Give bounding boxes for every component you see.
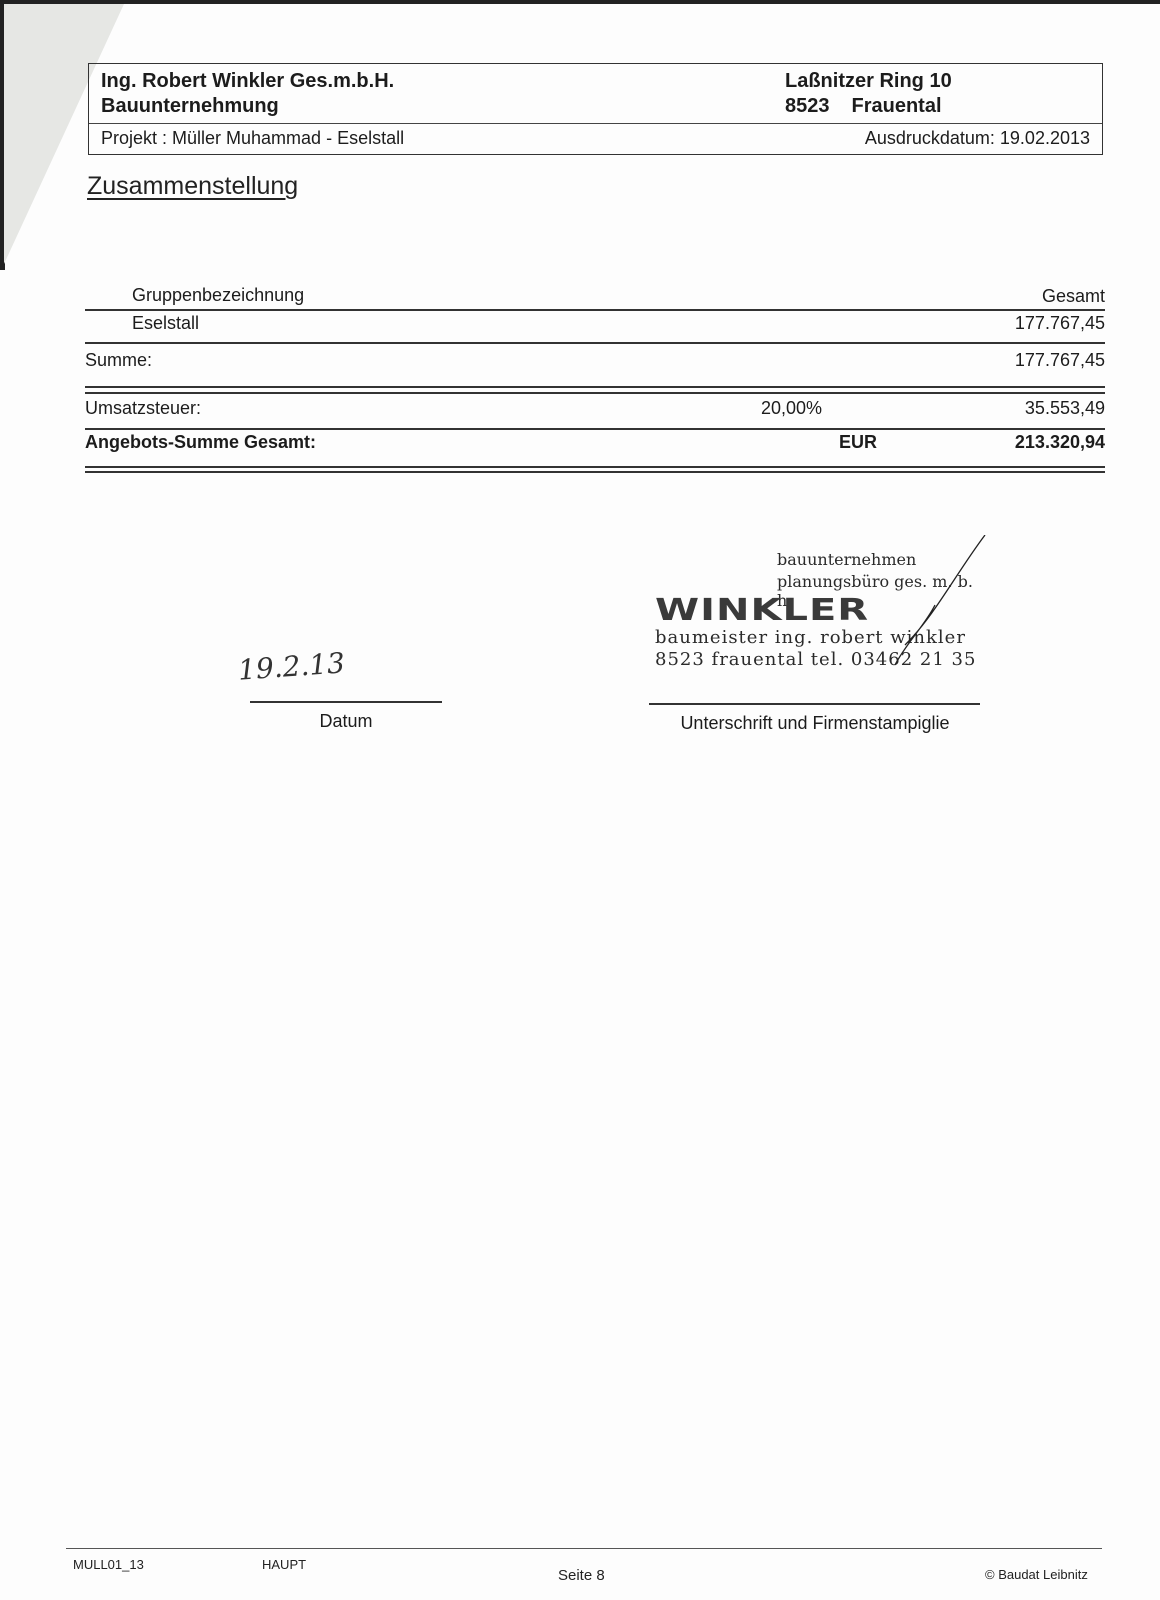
- footer-divider: [66, 1548, 1102, 1549]
- postcode-city: 8523Frauental: [785, 94, 952, 119]
- group-name: Eselstall: [132, 313, 199, 334]
- letterhead-bottom: Projekt : Müller Muhammad - Eselstall Au…: [89, 124, 1102, 154]
- footer-page: Seite 8: [558, 1567, 605, 1584]
- vat-row: Umsatzsteuer: 20,00% 35.553,49: [85, 396, 1105, 422]
- group-total: 177.767,45: [1015, 313, 1105, 334]
- scan-edge-top: [0, 0, 1160, 4]
- table-row: Eselstall 177.767,45: [85, 311, 1105, 337]
- signature-label: Unterschrift und Firmenstampiglie: [640, 713, 990, 734]
- sum-label: Summe:: [85, 350, 152, 371]
- divider: [85, 392, 1105, 394]
- street: Laßnitzer Ring 10: [785, 69, 952, 94]
- date-label: Datum: [250, 711, 442, 732]
- grand-total-value: 213.320,94: [1015, 432, 1105, 453]
- divider: [85, 428, 1105, 430]
- company-block: Ing. Robert Winkler Ges.m.b.H. Bauuntern…: [101, 69, 394, 119]
- city: Frauental: [852, 95, 942, 117]
- letterhead: Ing. Robert Winkler Ges.m.b.H. Bauuntern…: [88, 63, 1103, 155]
- divider: [85, 386, 1105, 388]
- signature-line: [649, 703, 980, 705]
- table-header-row: Gruppenbezeichnung Gesamt: [85, 283, 1105, 309]
- page-title: Zusammenstellung: [87, 172, 298, 201]
- footer-doc-code: MULL01_13: [73, 1557, 144, 1572]
- signature-stroke-icon: [785, 535, 1005, 680]
- company-stamp: bauunternehmen planungsbüro ges. m. b. h…: [655, 545, 985, 680]
- column-header-group: Gruppenbezeichnung: [132, 285, 304, 306]
- footer-software: © Baudat Leibnitz: [985, 1567, 1088, 1582]
- address-block: Laßnitzer Ring 10 8523Frauental: [785, 69, 952, 119]
- print-date: Ausdruckdatum: 19.02.2013: [865, 128, 1090, 149]
- currency: EUR: [839, 432, 877, 453]
- vat-rate: 20,00%: [761, 398, 822, 419]
- company-name: Ing. Robert Winkler Ges.m.b.H.: [101, 69, 394, 94]
- vat-value: 35.553,49: [1025, 398, 1105, 419]
- divider: [85, 466, 1105, 468]
- column-header-total: Gesamt: [1042, 286, 1105, 307]
- postcode: 8523: [785, 95, 830, 117]
- handwritten-date: 19.2.13: [237, 646, 346, 686]
- date-line: [250, 701, 442, 703]
- footer-section: HAUPT: [262, 1557, 306, 1572]
- grand-total-label: Angebots-Summe Gesamt:: [85, 432, 316, 453]
- divider: [85, 342, 1105, 344]
- project-name: Projekt : Müller Muhammad - Eselstall: [101, 128, 404, 149]
- sum-row: Summe: 177.767,45: [85, 348, 1105, 374]
- divider: [85, 309, 1105, 311]
- letterhead-top: Ing. Robert Winkler Ges.m.b.H. Bauuntern…: [89, 64, 1102, 124]
- sum-value: 177.767,45: [1015, 350, 1105, 371]
- vat-label: Umsatzsteuer:: [85, 398, 201, 419]
- grand-total-row: Angebots-Summe Gesamt: EUR 213.320,94: [85, 430, 1105, 456]
- divider: [85, 471, 1105, 473]
- company-type: Bauunternehmung: [101, 94, 394, 119]
